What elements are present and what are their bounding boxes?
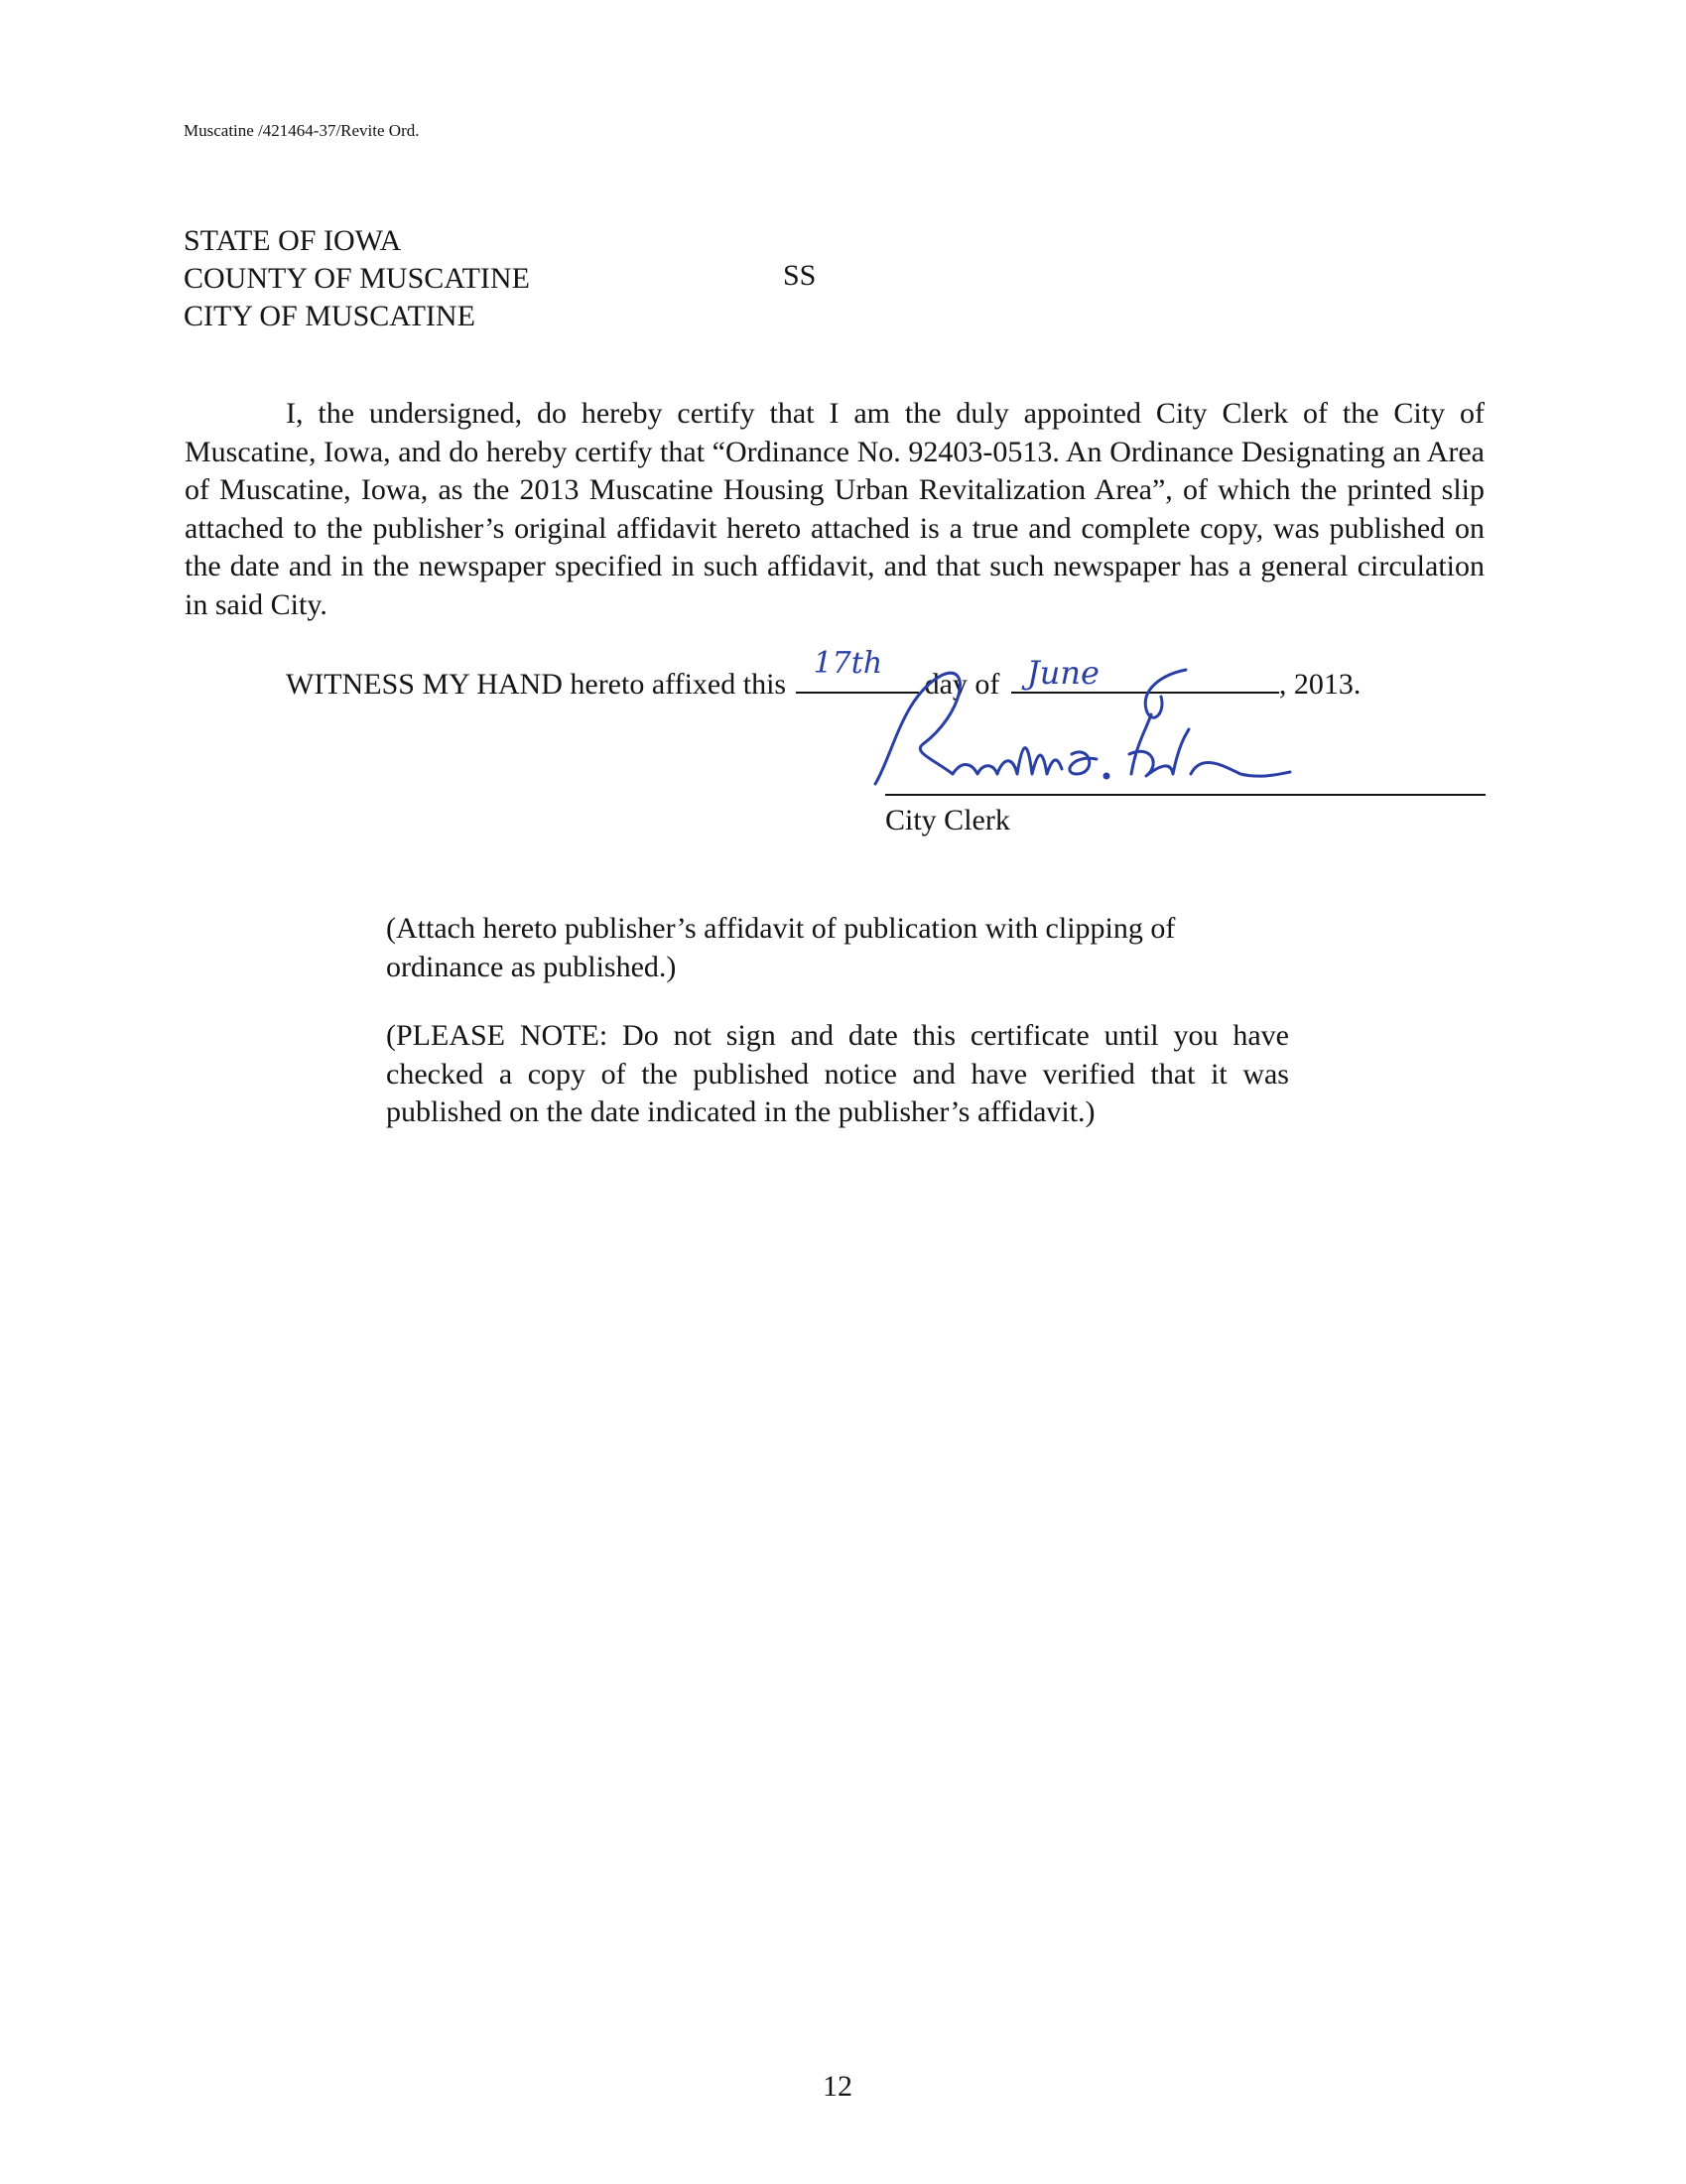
ss-mark: SS <box>783 259 816 293</box>
page-number: 12 <box>823 2070 852 2104</box>
note-attach-affidavit: (Attach hereto publisher’s affidavit of … <box>386 910 1289 986</box>
witness-prefix: WITNESS MY HAND hereto affixed this <box>286 668 786 701</box>
signature-line <box>885 794 1486 796</box>
venue-state: STATE OF IOWA <box>184 222 530 260</box>
certification-paragraph: I, the undersigned, do hereby certify th… <box>185 395 1485 624</box>
note-please-note: (PLEASE NOTE: Do not sign and date this … <box>386 1017 1289 1132</box>
signature-title: City Clerk <box>885 804 1010 837</box>
venue-city: CITY OF MUSCATINE <box>184 298 530 335</box>
venue-county: COUNTY OF MUSCATINE <box>184 260 530 298</box>
document-reference: Muscatine /421464-37/Revite Ord. <box>184 121 420 141</box>
instructions-block: (Attach hereto publisher’s affidavit of … <box>386 910 1289 1163</box>
venue-block: STATE OF IOWA COUNTY OF MUSCATINE CITY O… <box>184 222 530 335</box>
signature-scribble <box>863 635 1300 804</box>
